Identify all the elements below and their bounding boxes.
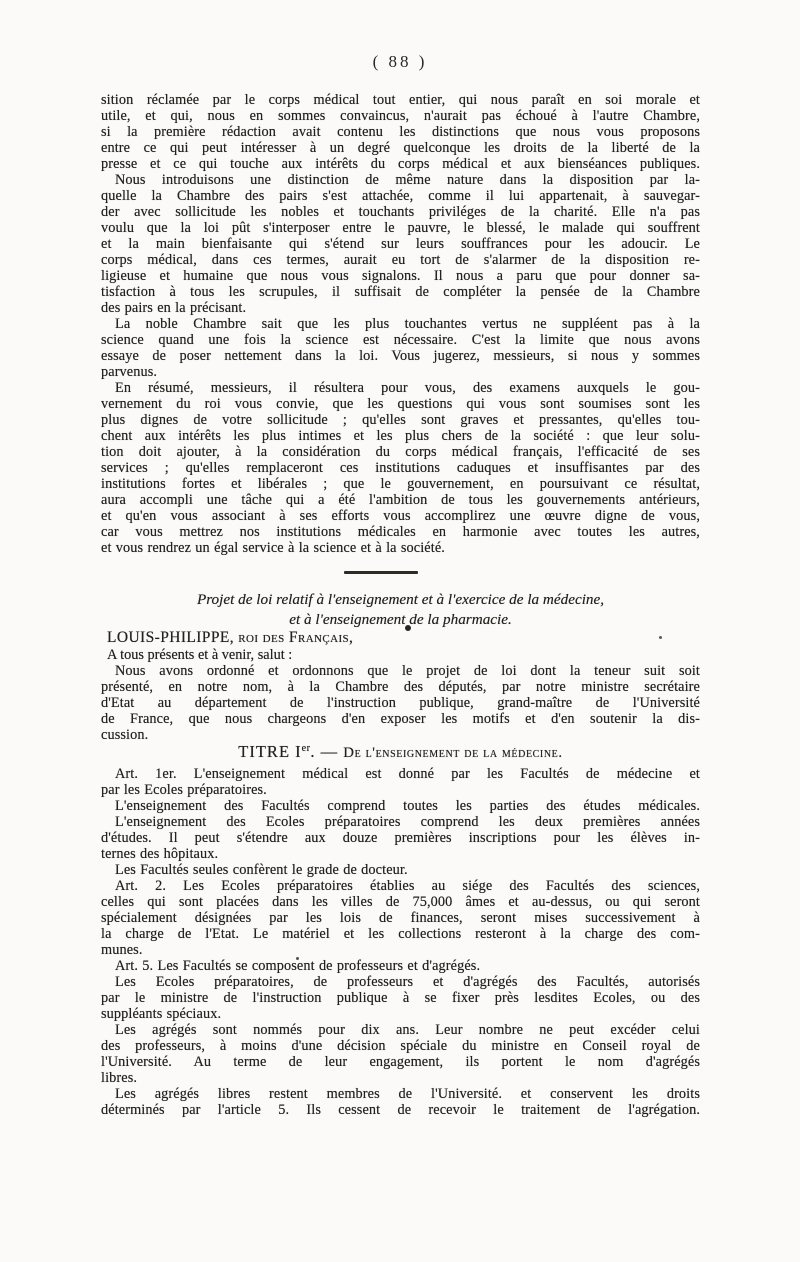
text-line: la charge de l'Etat. Le matériel et les … bbox=[101, 926, 700, 942]
text-line: tisfaction à tous les scrupules, il suff… bbox=[101, 284, 700, 300]
text-line: quelle la Chambre des pairs s'est attach… bbox=[101, 188, 700, 204]
text-line: et vous rendrez un égal service à la sci… bbox=[101, 540, 700, 556]
section-divider-rule bbox=[344, 571, 418, 574]
text-line: si la première rédaction avait contenu l… bbox=[101, 124, 700, 140]
text-line: déterminés par l'article 5. Ils cessent … bbox=[101, 1102, 700, 1118]
titre-number: TITRE I bbox=[238, 742, 301, 761]
text-line: Art. 5. Les Facultés se composent de pro… bbox=[101, 958, 700, 974]
text-line: entre ce qui peut intéresser à un degré … bbox=[101, 140, 700, 156]
paragraph: En résumé, messieurs, il résultera pour … bbox=[101, 380, 700, 556]
salutation-line: A tous présents et à venir, salut : bbox=[107, 647, 700, 663]
text-line: Nous introduisons une distinction de mêm… bbox=[101, 172, 700, 188]
paragraph: Art. 5. Les Facultés se composent de pro… bbox=[101, 958, 700, 974]
text-line: l'Université. Au terme de leur engagemen… bbox=[101, 1054, 700, 1070]
text-line: parvenus. bbox=[101, 364, 700, 380]
page-number: ( 88 ) bbox=[0, 52, 800, 72]
text-line: aura accompli une tâche qui a été l'ambi… bbox=[101, 492, 700, 508]
text-line: spécialement désignées par les lois de f… bbox=[101, 910, 700, 926]
text-line: Nous avons ordonné et ordonnons que le p… bbox=[101, 663, 700, 679]
text-line: tion doit ajouter, à la considération du… bbox=[101, 444, 700, 460]
bill-title: Projet de loi relatif à l'enseignement e… bbox=[101, 590, 700, 630]
text-line: par le ministre de l'instruction publiqu… bbox=[101, 990, 700, 1006]
text-line: essaye de poser nettement dans la loi. V… bbox=[101, 348, 700, 364]
text-line: d'Etat au département de l'instruction p… bbox=[101, 695, 700, 711]
text-line: cussion. bbox=[101, 727, 700, 743]
text-line: et qu'en vous associant à ses efforts vo… bbox=[101, 508, 700, 524]
speech-text-block: sition réclamée par le corps médical tou… bbox=[101, 92, 700, 556]
text-line: de France, que nous chargeons d'en expos… bbox=[101, 711, 700, 727]
text-line: présenté, en notre nom, à la Chambre des… bbox=[101, 679, 700, 695]
preamble-text-block: Nous avons ordonné et ordonnons que le p… bbox=[101, 663, 700, 743]
articles-text-block: Art. 1er. L'enseignement médical est don… bbox=[101, 766, 700, 1118]
text-line: science quand une fois la science est né… bbox=[101, 332, 700, 348]
titre-heading: TITRE Ier. — De l'enseignement de la méd… bbox=[101, 742, 700, 762]
text-line: utile, et qui, nous en sommes convaincus… bbox=[101, 108, 700, 124]
text-line: et la main bienfaisante qui s'étend sur … bbox=[101, 236, 700, 252]
paragraph: La noble Chambre sait que les plus touch… bbox=[101, 316, 700, 380]
text-line: der avec sollicitude les nobles et touch… bbox=[101, 204, 700, 220]
ink-speck bbox=[296, 957, 299, 960]
paragraph: Les agrégés libres restent membres de l'… bbox=[101, 1086, 700, 1118]
paragraph: Les Ecoles préparatoires, de professeurs… bbox=[101, 974, 700, 1022]
text-line: vernement du roi vous convie, que les qu… bbox=[101, 396, 700, 412]
text-line: chent aux intérêts les plus intimes et l… bbox=[101, 428, 700, 444]
text-line: par les Ecoles préparatoires. bbox=[101, 782, 700, 798]
text-line: services ; qu'elles remplaceront ces ins… bbox=[101, 460, 700, 476]
text-line: Les agrégés libres restent membres de l'… bbox=[101, 1086, 700, 1102]
paragraph: L'enseignement des Facultés comprend tou… bbox=[101, 798, 700, 814]
text-line: Art. 2. Les Ecoles préparatoires établie… bbox=[101, 878, 700, 894]
titre-subject: De l'enseignement de la médecine. bbox=[343, 745, 562, 761]
paragraph: Art. 1er. L'enseignement médical est don… bbox=[101, 766, 700, 798]
bill-title-line: Projet de loi relatif à l'enseignement e… bbox=[101, 590, 700, 610]
text-line: L'enseignement des Facultés comprend tou… bbox=[101, 798, 700, 814]
ink-speck bbox=[659, 636, 662, 639]
text-line: ligieuse et humaine que nous vous signal… bbox=[101, 268, 700, 284]
scanned-document-page: ( 88 ) sition réclamée par le corps médi… bbox=[0, 0, 800, 1262]
text-line: Les agrégés sont nommés pour dix ans. Le… bbox=[101, 1022, 700, 1038]
text-line: suppléants spéciaux. bbox=[101, 1006, 700, 1022]
paragraph: Nous introduisons une distinction de mêm… bbox=[101, 172, 700, 316]
text-line: Les Facultés seules confèrent le grade d… bbox=[101, 862, 700, 878]
text-line: Les Ecoles préparatoires, de professeurs… bbox=[101, 974, 700, 990]
text-line: voulu que la loi pût s'interposer entre … bbox=[101, 220, 700, 236]
text-line: presse et ce qui touche aux intérêts du … bbox=[101, 156, 700, 172]
text-line: L'enseignement des Ecoles préparatoires … bbox=[101, 814, 700, 830]
text-line: corps médical, dans ces termes, aurait e… bbox=[101, 252, 700, 268]
text-line: ternes des hôpitaux. bbox=[101, 846, 700, 862]
paragraph: Les agrégés sont nommés pour dix ans. Le… bbox=[101, 1022, 700, 1086]
text-line: d'études. Il peut s'étendre aux douze pr… bbox=[101, 830, 700, 846]
text-line: car vous mettrez nos institutions médica… bbox=[101, 524, 700, 540]
royal-style-line: LOUIS-PHILIPPE, roi des Français, bbox=[107, 630, 700, 646]
text-line: libres. bbox=[101, 1070, 700, 1086]
text-line: sition réclamée par le corps médical tou… bbox=[101, 92, 700, 108]
text-line: En résumé, messieurs, il résultera pour … bbox=[101, 380, 700, 396]
bill-title-line: et à l'enseignement de la pharmacie. bbox=[101, 610, 700, 630]
paragraph: Nous avons ordonné et ordonnons que le p… bbox=[101, 663, 700, 743]
paragraph: Art. 2. Les Ecoles préparatoires établie… bbox=[101, 878, 700, 958]
text-line: munes. bbox=[101, 942, 700, 958]
text-line: La noble Chambre sait que les plus touch… bbox=[101, 316, 700, 332]
text-line: plus dignes de votre sollicitude ; qu'el… bbox=[101, 412, 700, 428]
titre-dash: . — bbox=[310, 742, 343, 761]
paragraph: L'enseignement des Ecoles préparatoires … bbox=[101, 814, 700, 862]
text-line: Art. 1er. L'enseignement médical est don… bbox=[101, 766, 700, 782]
paragraph: Les Facultés seules confèrent le grade d… bbox=[101, 862, 700, 878]
text-line: celles qui sont placées dans les villes … bbox=[101, 894, 700, 910]
text-line: institutions fortes et libérales ; que l… bbox=[101, 476, 700, 492]
paragraph: sition réclamée par le corps médical tou… bbox=[101, 92, 700, 172]
text-line: des pairs en la précisant. bbox=[101, 300, 700, 316]
text-line: des professeurs, à moins d'une décision … bbox=[101, 1038, 700, 1054]
ink-spot bbox=[405, 625, 411, 631]
